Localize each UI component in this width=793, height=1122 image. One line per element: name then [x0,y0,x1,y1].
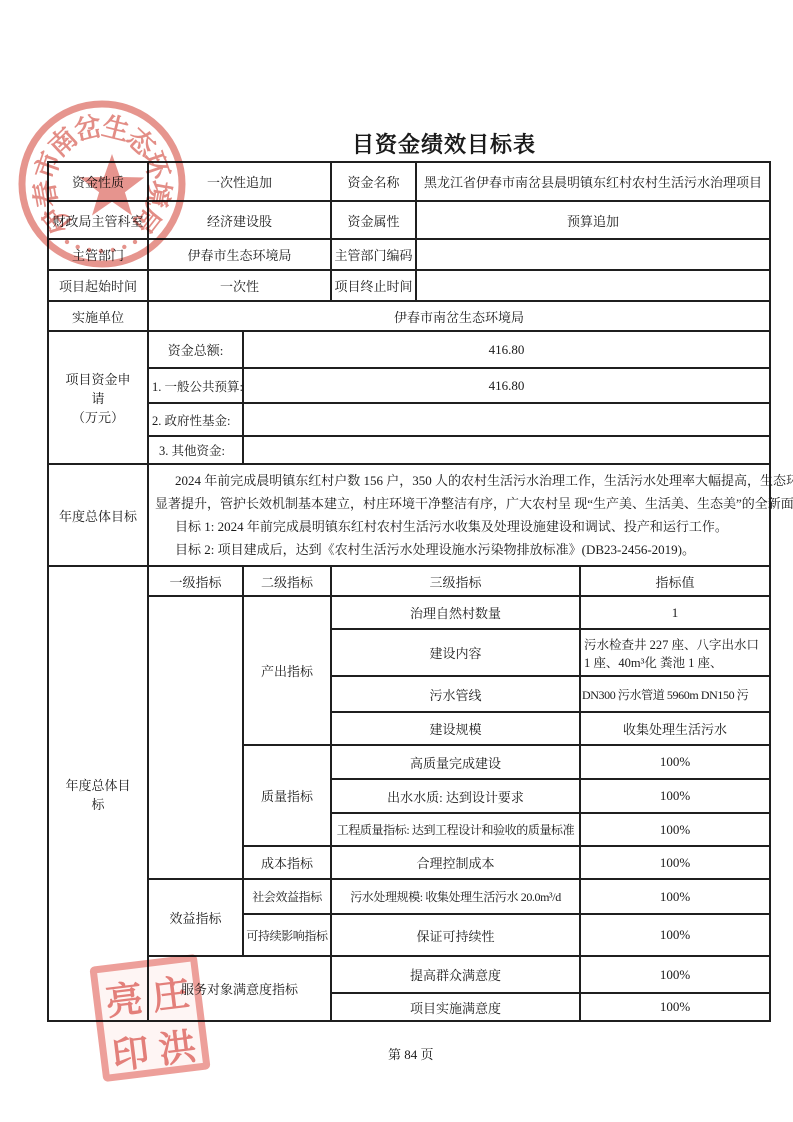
annual-goal-label: 年度总体目标 [48,464,148,566]
indicator-name: 污水处理规模: 收集处理生活污水 20.0m³/d [331,879,580,914]
page-title: 目资金绩效目标表 [352,128,536,159]
fund-nature-label: 资金性质 [48,162,148,201]
fund-nature-value: 一次性追加 [148,162,331,201]
annual-goal-line-1: 2024 年前完成晨明镇东红村户数 156 户，350 人的农村生活污水治理工作… [155,469,769,492]
table-row: 产出指标 治理自然村数量 1 [48,596,770,629]
table-row: 财政局主管科室 经济建设股 资金属性 预算追加 [48,201,770,239]
header-level3: 三级指标 [331,566,580,596]
finance-office-value: 经济建设股 [148,201,331,239]
table-row: 效益指标 社会效益指标 污水处理规模: 收集处理生活污水 20.0m³/d 10… [48,879,770,914]
header-level2: 二级指标 [243,566,331,596]
table-row: 1. 一般公共预算: 416.80 [48,368,770,403]
other-fund-value [243,436,770,464]
dept-code-value [416,239,770,270]
table-row: 资金性质 一次性追加 资金名称 黑龙江省伊春市南岔县晨明镇东红村农村生活污水治理… [48,162,770,201]
table-row: 服务对象满意度指标 提高群众满意度 100% [48,956,770,993]
stamp-char: 南 [43,122,83,162]
page-number: 第 84 页 [388,1044,434,1063]
table-row: 项目资金申 请 （万元） 资金总额: 416.80 [48,331,770,368]
indicator-value: 污水检查井 227 座、八字出水口 1 座、40m³化 粪池 1 座、 [580,629,770,676]
indicator-block-label: 年度总体目 标 [48,566,148,1021]
indicator-value: 100% [580,956,770,993]
indicator-name: 建设规模 [331,712,580,745]
indicator-value: 1 [580,596,770,629]
level2-cost: 成本指标 [243,846,331,879]
indicator-value: 100% [580,879,770,914]
indicator-name: 项目实施满意度 [331,993,580,1021]
end-time-value [416,270,770,301]
table-row: 2. 政府性基金: [48,403,770,436]
indicator-value: 100% [580,914,770,956]
fund-total-value: 416.80 [243,331,770,368]
indicator-value: DN300 污水管道 5960m DN150 污 [580,676,770,712]
level1-service: 服务对象满意度指标 [148,956,331,1021]
indicator-name: 保证可持续性 [331,914,580,956]
annual-goal-line-4: 目标 2: 项目建成后，达到《农村生活污水处理设施水污染物排放标准》(DB23-… [155,538,769,561]
table-row: 实施单位 伊春市南岔生态环境局 [48,301,770,331]
seal-char: 印 [104,1021,157,1080]
indicator-name: 建设内容 [331,629,580,676]
document-page: 目资金绩效目标表 资金性质 一次性追加 资金名称 黑龙江省伊春市南岔县晨明镇东红… [0,0,793,1122]
indicator-value: 100% [580,745,770,779]
indicator-value: 100% [580,779,770,813]
public-budget-label: 1. 一般公共预算: [148,368,243,403]
gov-fund-label: 2. 政府性基金: [148,403,243,436]
stamp-char: 态 [121,122,162,163]
stamp-char: 岔 [71,111,104,147]
header-value: 指标值 [580,566,770,596]
funding-block-label: 项目资金申 请 （万元） [48,331,148,464]
annual-goal-line-2: 显著提升，管护长效机制基本建立，村庄环境干净整洁有序，广大农村呈 现“生产美、生… [155,492,769,515]
fund-attribute-value: 预算追加 [416,201,770,239]
stamp-char: 生 [99,111,132,147]
other-fund-label: 3. 其他资金: [148,436,243,464]
fund-name-label: 资金名称 [331,162,416,201]
indicator-value: 100% [580,813,770,846]
indicator-name: 提高群众满意度 [331,956,580,993]
indicator-name: 工程质量指标: 达到工程设计和验收的质量标准 [331,813,580,846]
indicator-value: 100% [580,846,770,879]
fund-name-value: 黑龙江省伊春市南岔县晨明镇东红村农村生活污水治理项目 [416,162,770,201]
seal-char: 洪 [150,1015,203,1074]
level2-social: 社会效益指标 [243,879,331,914]
dept-code-label: 主管部门编码 [331,239,416,270]
level1-empty-cell [148,596,243,879]
table-row: 年度总体目标 2024 年前完成晨明镇东红村户数 156 户，350 人的农村生… [48,464,770,566]
indicator-name: 高质量完成建设 [331,745,580,779]
level2-quality: 质量指标 [243,745,331,846]
table-row: 项目起始时间 一次性 项目终止时间 [48,270,770,301]
annual-goal-line-3: 目标 1: 2024 年前完成晨明镇东红村农村生活污水收集及处理设施建设和调试、… [155,515,769,538]
info-table: 资金性质 一次性追加 资金名称 黑龙江省伊春市南岔县晨明镇东红村农村生活污水治理… [47,161,771,567]
level2-sustain: 可持续影响指标 [243,914,331,956]
indicator-value: 收集处理生活污水 [580,712,770,745]
indicator-value: 100% [580,993,770,1021]
implement-unit-value: 伊春市南岔生态环境局 [148,301,770,331]
competent-dept-value: 伊春市生态环境局 [148,239,331,270]
competent-dept-label: 主管部门 [48,239,148,270]
gov-fund-value [243,403,770,436]
indicator-name: 出水水质: 达到设计要求 [331,779,580,813]
public-budget-value: 416.80 [243,368,770,403]
table-row: 年度总体目 标 一级指标 二级指标 三级指标 指标值 [48,566,770,596]
start-time-label: 项目起始时间 [48,270,148,301]
start-time-value: 一次性 [148,270,331,301]
main-tables: 资金性质 一次性追加 资金名称 黑龙江省伊春市南岔县晨明镇东红村农村生活污水治理… [47,161,769,1022]
annual-goal-text: 2024 年前完成晨明镇东红村户数 156 户，350 人的农村生活污水治理工作… [148,464,770,566]
end-time-label: 项目终止时间 [331,270,416,301]
fund-total-label: 资金总额: [148,331,243,368]
indicator-name: 污水管线 [331,676,580,712]
level2-output: 产出指标 [243,596,331,745]
table-row: 主管部门 伊春市生态环境局 主管部门编码 [48,239,770,270]
implement-unit-label: 实施单位 [48,301,148,331]
fund-attribute-label: 资金属性 [331,201,416,239]
indicator-table: 年度总体目 标 一级指标 二级指标 三级指标 指标值 产出指标 治理自然村数量 … [47,565,771,1022]
indicator-name: 治理自然村数量 [331,596,580,629]
level1-benefit: 效益指标 [148,879,243,956]
finance-office-label: 财政局主管科室 [48,201,148,239]
indicator-name: 合理控制成本 [331,846,580,879]
table-row: 3. 其他资金: [48,436,770,464]
header-level1: 一级指标 [148,566,243,596]
